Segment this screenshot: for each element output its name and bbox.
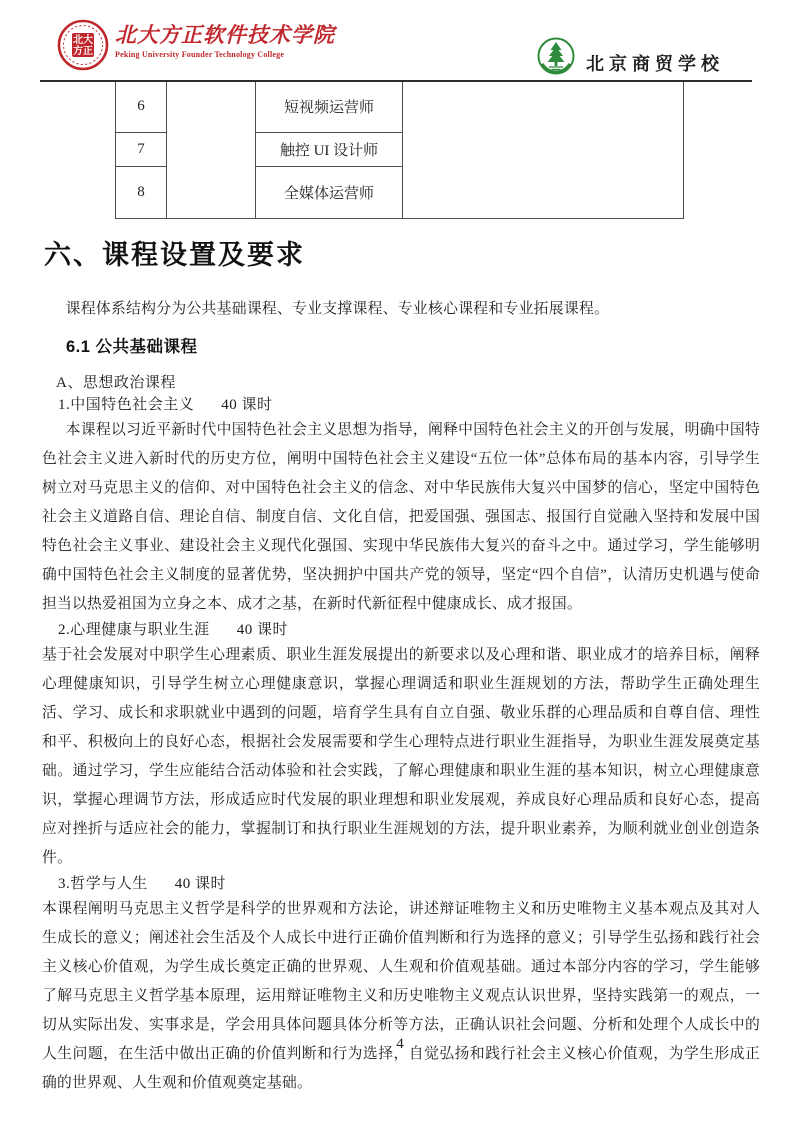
course-title: 2.心理健康与职业生涯 xyxy=(58,622,210,638)
document-page: { "header": { "left_logo": { "seal_line1… xyxy=(0,0,800,1131)
course-description: 本课程阐明马克思主义哲学是科学的世界观和方法论，讲述辩证唯物主义和历史唯物主义基… xyxy=(42,895,760,1098)
course-group-label: A、思想政治课程 xyxy=(56,372,760,394)
table-cell-index: 6 xyxy=(116,82,167,132)
table-cell-index: 7 xyxy=(116,132,167,166)
pine-tree-icon xyxy=(536,36,576,76)
course-title-row: 2.心理健康与职业生涯40 课时 xyxy=(42,619,760,641)
table-cell-job: 触控 UI 设计师 xyxy=(256,132,403,166)
intro-paragraph: 课程体系结构分为公共基础课程、专业支撑课程、专业核心课程和专业拓展课程。 xyxy=(42,294,760,324)
table-cell-empty-left xyxy=(167,82,256,218)
college-name-cn: 北大方正软件技术学院 xyxy=(115,23,335,47)
school-name-cn: 北京商贸学校 xyxy=(586,50,724,76)
course-hours: 40 课时 xyxy=(221,397,272,413)
course-title-row: 3.哲学与人生40 课时 xyxy=(42,873,760,895)
svg-text:方正: 方正 xyxy=(73,44,93,57)
table-cell-job: 全媒体运营师 xyxy=(256,166,403,218)
college-name-en: Peking University Founder Technology Col… xyxy=(115,50,335,60)
course-hours: 40 课时 xyxy=(237,622,288,638)
document-body: 六、课程设置及要求 课程体系结构分为公共基础课程、专业支撑课程、专业核心课程和专… xyxy=(42,238,760,1098)
section-title: 六、课程设置及要求 xyxy=(44,238,760,272)
jobs-table: 6 短视频运营师 7 触控 UI 设计师 8 全媒体运营师 xyxy=(115,82,684,219)
table-cell-empty-right xyxy=(403,82,684,218)
commerce-school-logo: 北京商贸学校 xyxy=(536,36,724,76)
course-description: 本课程以习近平新时代中国特色社会主义思想为指导，阐释中国特色社会主义的开创与发展… xyxy=(42,416,760,619)
table-cell-index: 8 xyxy=(116,166,167,218)
subsection-title: 6.1 公共基础课程 xyxy=(66,336,760,358)
founder-seal-icon: 北大 方正 xyxy=(57,19,109,71)
course-title-row: 1.中国特色社会主义40 课时 xyxy=(42,394,760,416)
table-row: 6 短视频运营师 xyxy=(116,82,684,132)
course-title: 3.哲学与人生 xyxy=(58,876,148,892)
course-description: 基于社会发展对中职学生心理素质、职业生涯发展提出的新要求以及心理和谐、职业成才的… xyxy=(42,641,760,873)
course-title: 1.中国特色社会主义 xyxy=(58,397,194,413)
founder-college-logo: 北大 方正 北大方正软件技术学院 Peking University Found… xyxy=(57,19,335,71)
page-number: 4 xyxy=(0,1036,800,1053)
svg-text:北大: 北大 xyxy=(73,33,93,46)
course-hours: 40 课时 xyxy=(175,876,226,892)
table-cell-job: 短视频运营师 xyxy=(256,82,403,132)
